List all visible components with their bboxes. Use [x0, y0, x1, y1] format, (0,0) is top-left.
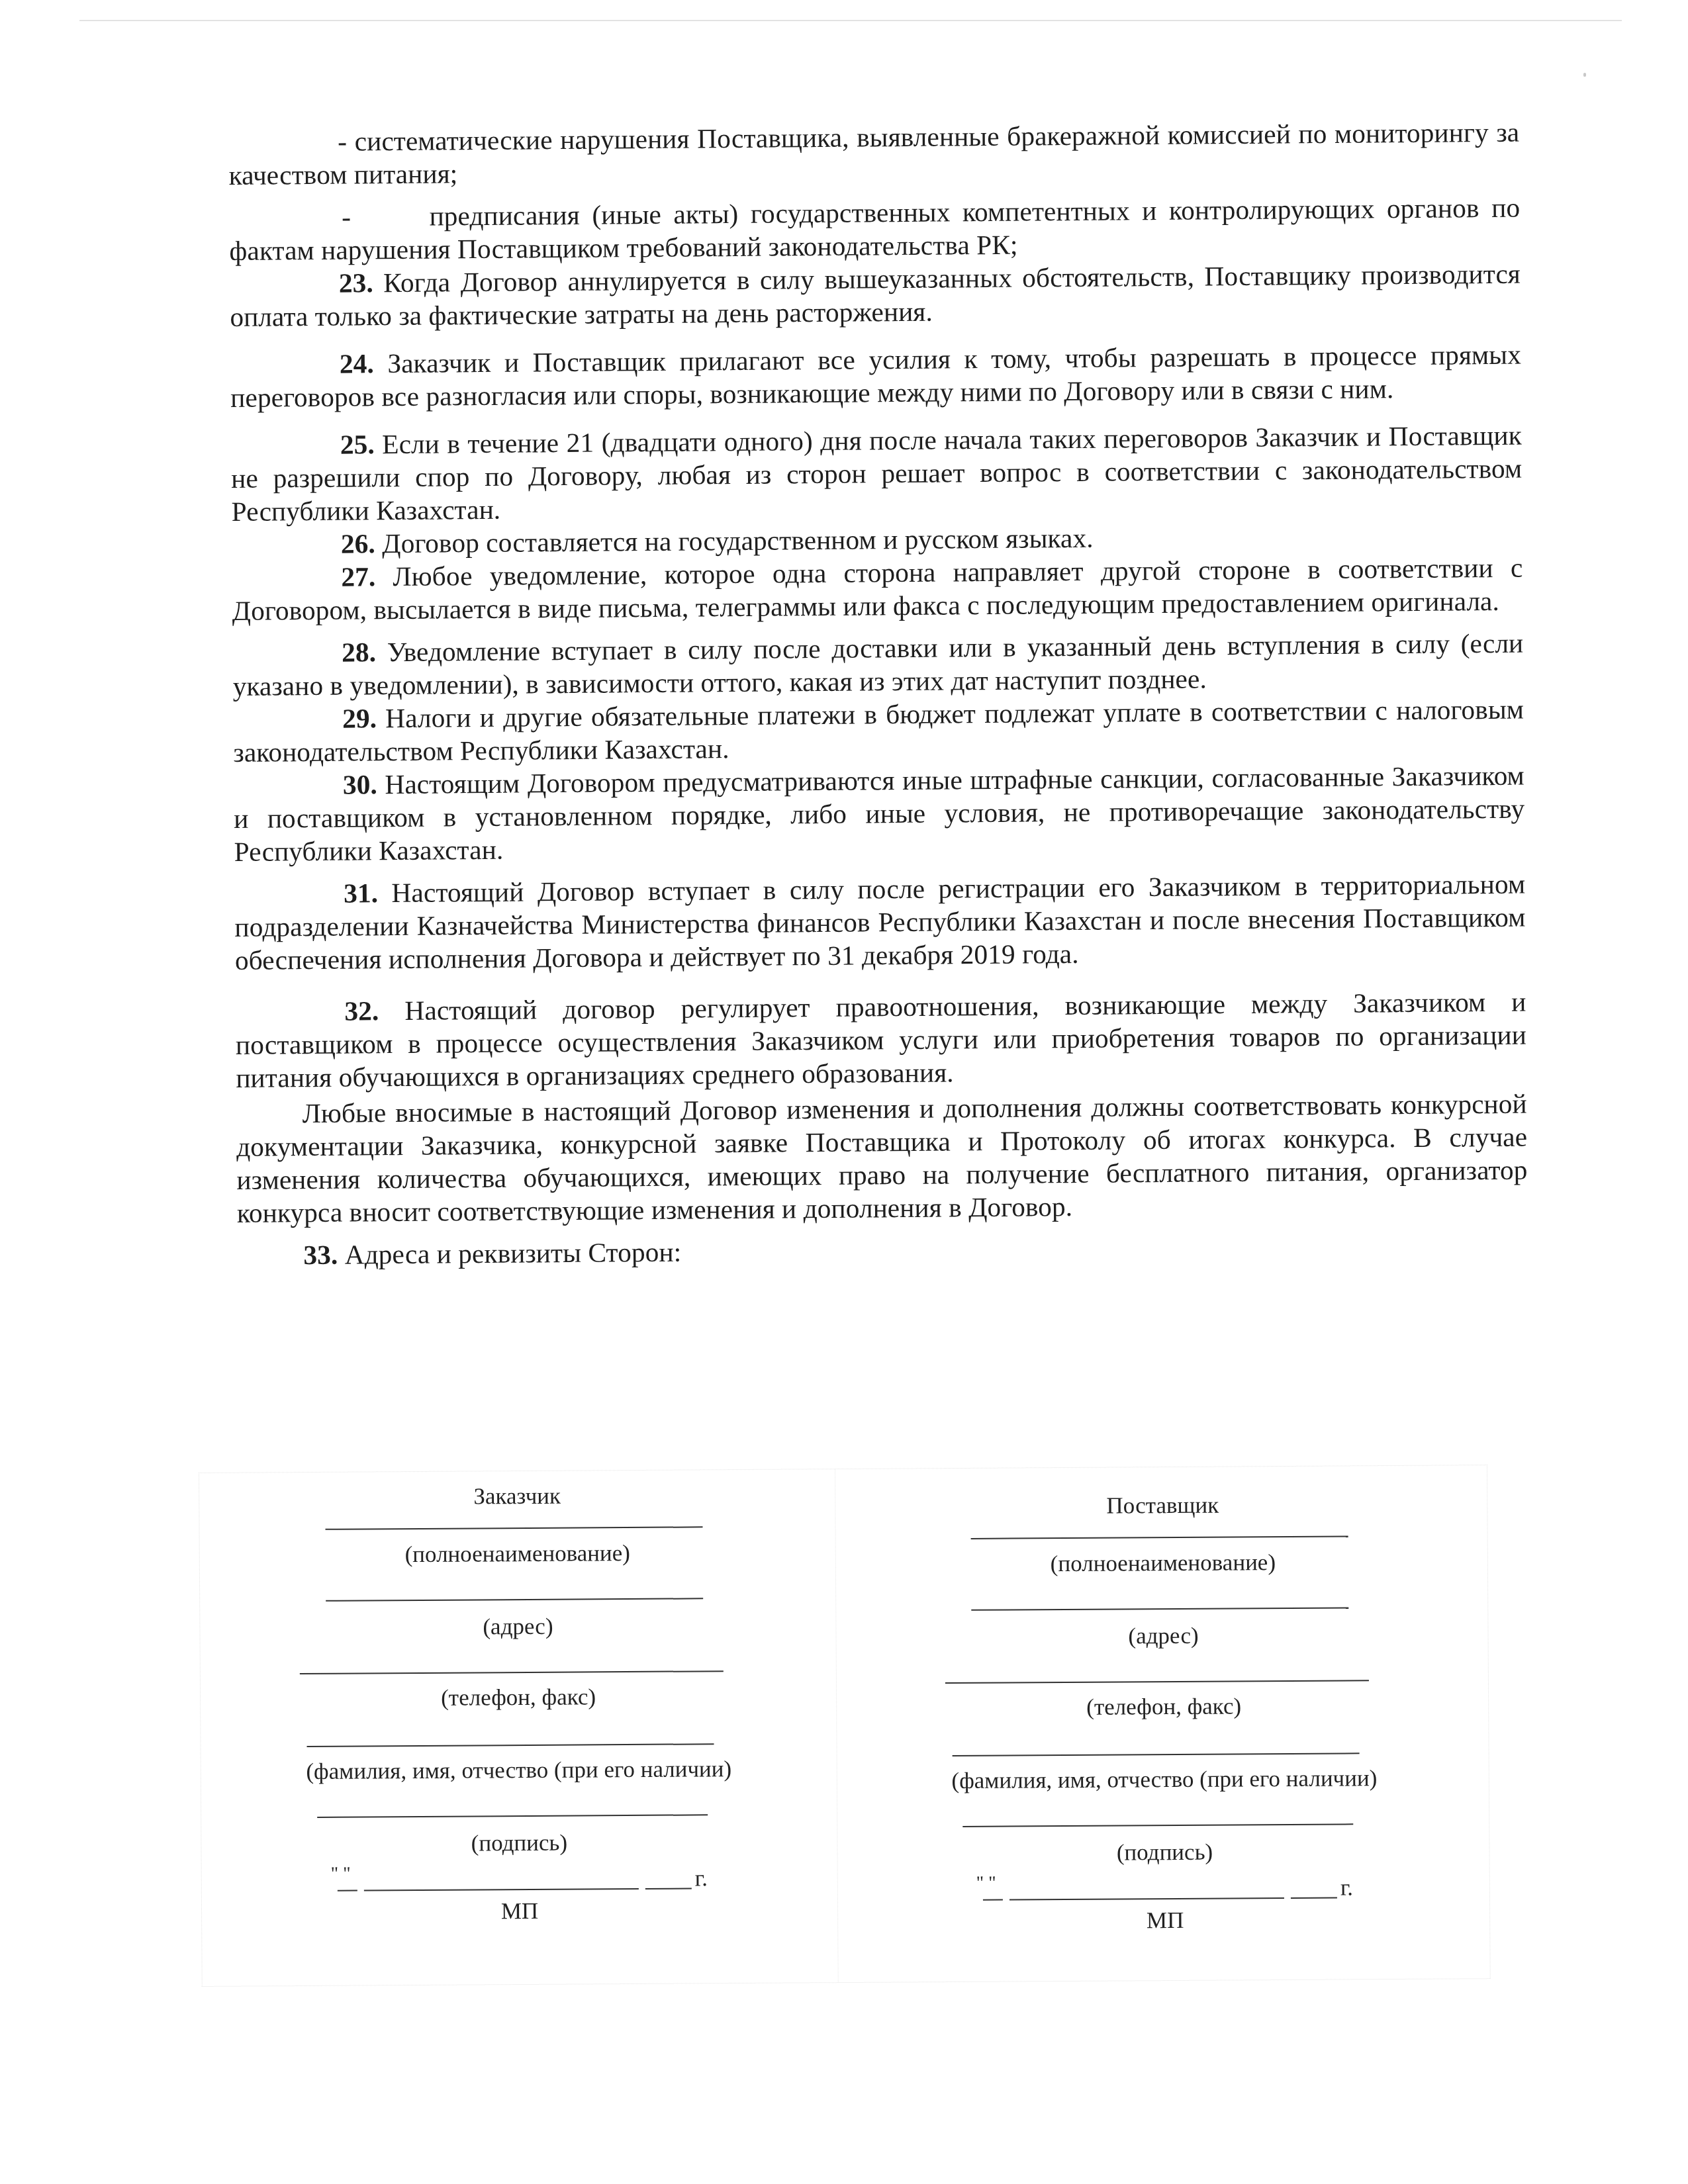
- date-blank: [983, 1899, 1003, 1901]
- clause-text: Любое уведомление, которое одна сторона …: [232, 553, 1523, 626]
- customer-fill-line[interactable]: [307, 1743, 714, 1747]
- date-blank: [1291, 1897, 1337, 1899]
- clause-number: 29.: [342, 703, 377, 733]
- customer-field-caption: (телефон, факс): [201, 1682, 836, 1713]
- clause-31: 31. Настоящий Договор вступает в силу по…: [234, 868, 1526, 977]
- supplier-field-caption: (фамилия, имя, отчество (при его наличии…: [847, 1764, 1482, 1795]
- supplier-fill-line[interactable]: [971, 1607, 1348, 1610]
- scan-artifact: [1583, 73, 1586, 77]
- contract-page-body: - систематические нарушения Поставщика, …: [228, 116, 1528, 1272]
- clause-number: 33.: [303, 1240, 338, 1270]
- supplier-fill-line[interactable]: [971, 1535, 1348, 1539]
- clause-text: Если в течение 21 (двадцати одного) дня …: [231, 420, 1522, 527]
- scan-top-edge: [79, 20, 1622, 21]
- clause-text: Адреса и реквизиты Сторон:: [344, 1237, 681, 1270]
- supplier-stamp-label: МП: [847, 1905, 1483, 1936]
- bullet-text: систематические нарушения Поставщика, вы…: [228, 117, 1519, 191]
- customer-field-caption: (адрес): [200, 1612, 835, 1642]
- customer-party-title: Заказчик: [199, 1481, 835, 1512]
- supplier-field-caption: (подпись): [847, 1837, 1482, 1868]
- date-blank: [1009, 1897, 1284, 1901]
- date-blank: [364, 1888, 639, 1891]
- clause-24: 24. Заказчик и Поставщик прилагают все у…: [230, 338, 1522, 414]
- supplier-party-title: Поставщик: [845, 1490, 1480, 1521]
- customer-fill-line[interactable]: [326, 1598, 703, 1601]
- clause-27: 27. Любое уведомление, которое одна стор…: [232, 551, 1523, 627]
- supplier-signature-column: Поставщик(полноенаименование)(адрес)(тел…: [845, 1479, 1483, 1995]
- clause-30: 30. Настоящим Договором предусматриваютс…: [234, 759, 1525, 868]
- bullet-state-orders: - предписания (иные акты) государственны…: [229, 191, 1521, 267]
- year-suffix: г.: [1340, 1874, 1353, 1901]
- customer-fill-line[interactable]: [317, 1814, 708, 1818]
- bullet-marker: -: [342, 202, 351, 232]
- year-suffix: г.: [695, 1865, 708, 1891]
- customer-field-caption: (подпись): [201, 1828, 837, 1858]
- clause-number: 24.: [340, 348, 374, 379]
- customer-fill-line[interactable]: [326, 1526, 703, 1529]
- clause-number: 26.: [341, 528, 375, 559]
- customer-fill-line[interactable]: [300, 1670, 724, 1674]
- clause-text: Уведомление вступает в силу после достав…: [232, 628, 1523, 702]
- clause-text: Настоящим Договором предусматриваются ин…: [234, 760, 1524, 867]
- signature-table: Заказчик(полноенаименование)(адрес)(теле…: [199, 1465, 1491, 1987]
- clause-text: Договор составляется на государственном …: [382, 523, 1094, 559]
- date-blank: [645, 1888, 692, 1889]
- clause-number: 30.: [343, 769, 377, 799]
- customer-date-field[interactable]: " "г.: [202, 1863, 837, 1893]
- clause-29: 29. Налоги и другие обязательные платежи…: [233, 693, 1524, 769]
- clause-number: 27.: [341, 561, 375, 592]
- bullet-systematic-violations: - систематические нарушения Поставщика, …: [228, 116, 1520, 192]
- clause-text: Налоги и другие обязательные платежи в б…: [233, 694, 1524, 768]
- clause-number: 23.: [339, 267, 373, 298]
- supplier-fill-line[interactable]: [953, 1752, 1360, 1756]
- clause-text: Заказчик и Поставщик прилагают все усили…: [230, 340, 1521, 413]
- date-quotes: " ": [331, 1864, 351, 1885]
- supplier-fill-line[interactable]: [945, 1680, 1369, 1684]
- customer-field-caption: (фамилия, имя, отчество (при его наличии…: [201, 1755, 837, 1786]
- clause-25: 25. Если в течение 21 (двадцати одного) …: [231, 419, 1523, 528]
- clause-number: 32.: [344, 995, 379, 1026]
- supplier-field-caption: (полноенаименование): [845, 1548, 1481, 1578]
- customer-stamp-label: МП: [202, 1896, 837, 1927]
- supplier-field-caption: (адрес): [845, 1621, 1481, 1651]
- clause-28: 28. Уведомление вступает в силу после до…: [232, 627, 1524, 703]
- clause-32: 32. Настоящий договор регулирует правоот…: [235, 985, 1526, 1095]
- supplier-fill-line[interactable]: [962, 1823, 1353, 1827]
- supplier-field-caption: (телефон, факс): [846, 1692, 1481, 1722]
- date-quotes: " ": [976, 1873, 996, 1894]
- customer-signature-column: Заказчик(полноенаименование)(адрес)(теле…: [199, 1469, 839, 1986]
- clause-text: Когда Договор аннулируется в силу вышеук…: [230, 259, 1521, 332]
- clause-number: 28.: [342, 637, 376, 667]
- clause-text: Настоящий договор регулирует правоотноше…: [236, 987, 1526, 1093]
- clause-number: 31.: [344, 878, 378, 908]
- date-blank: [338, 1890, 357, 1891]
- customer-field-caption: (полноенаименование): [200, 1539, 835, 1569]
- amendments-paragraph: Любые вносимые в настоящий Договор измен…: [236, 1087, 1528, 1230]
- bullet-marker: -: [338, 126, 347, 157]
- clause-number: 25.: [340, 429, 375, 459]
- supplier-date-field[interactable]: " "г.: [847, 1872, 1483, 1903]
- bullet-text: предписания (иные акты) государственных …: [229, 193, 1520, 266]
- clause-23: 23. Когда Договор аннулируется в силу вы…: [230, 257, 1521, 334]
- clause-text: Настоящий Договор вступает в силу после …: [234, 869, 1525, 976]
